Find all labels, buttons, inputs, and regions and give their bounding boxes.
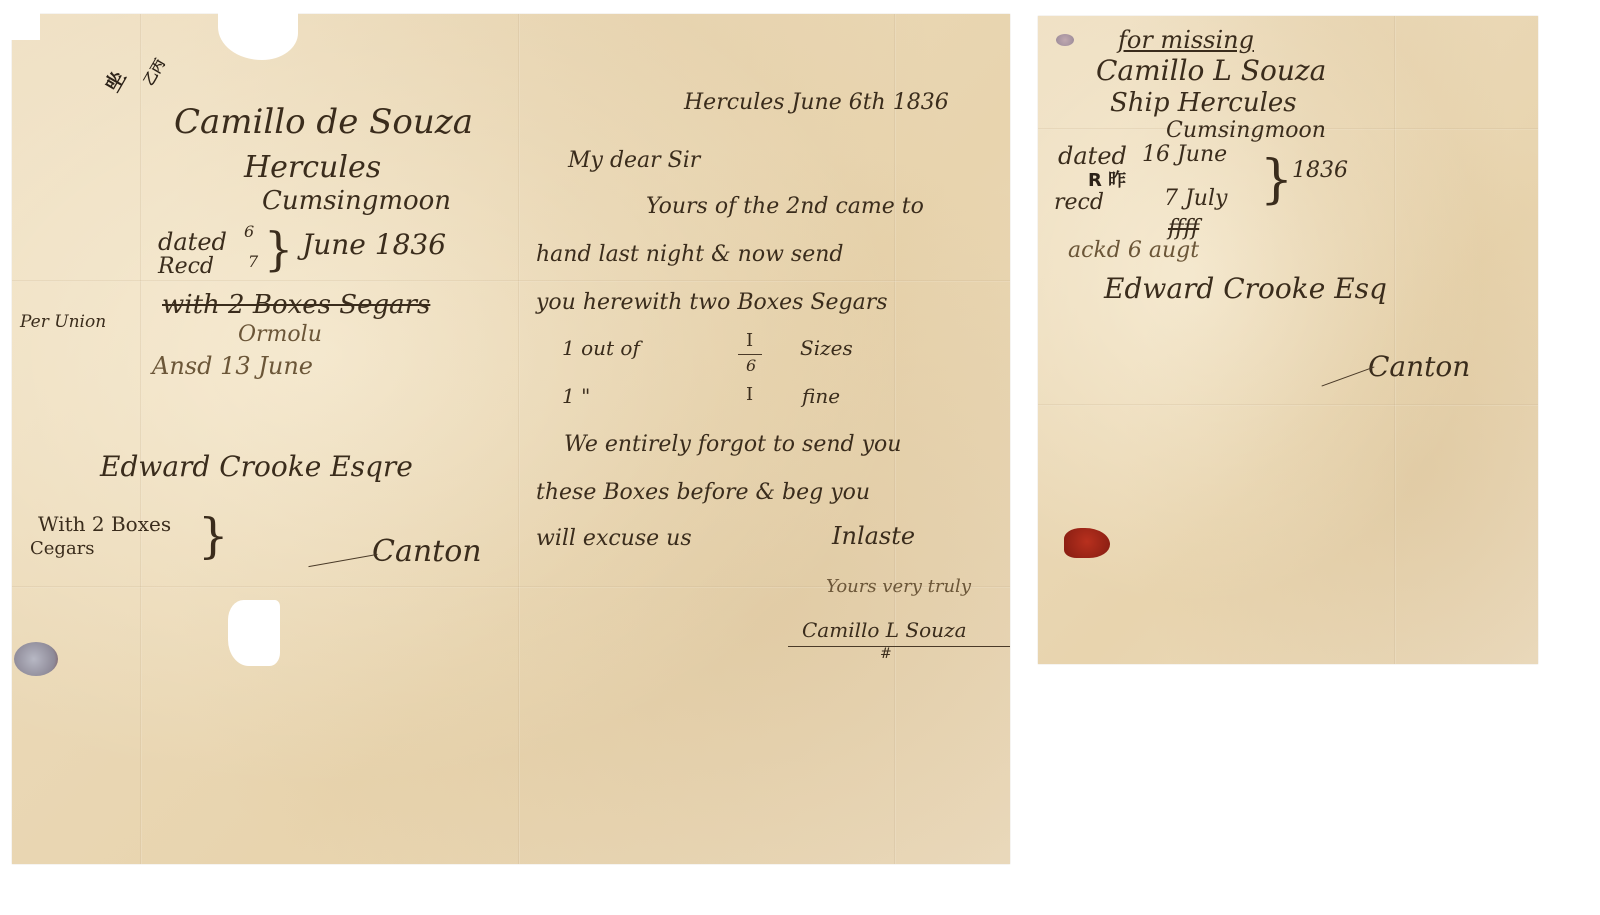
fold-line bbox=[1394, 16, 1396, 664]
annotation: Ormolu bbox=[238, 322, 322, 347]
ship-name: Ship Hercules bbox=[1110, 88, 1297, 118]
letter-line: you herewith two Boxes Segars bbox=[536, 290, 888, 315]
dated-day: 6 bbox=[244, 222, 254, 241]
month-year: June 1836 bbox=[302, 228, 446, 261]
addressee: Edward Crooke Esq bbox=[1104, 272, 1387, 305]
location: Cumsingmoon bbox=[262, 186, 451, 216]
margin-note: Cegars bbox=[30, 538, 95, 559]
recd-label: Recd bbox=[158, 254, 214, 279]
torn-hole bbox=[218, 0, 298, 60]
letter-signature: Camillo L Souza bbox=[802, 618, 967, 642]
fold-line bbox=[140, 14, 142, 864]
recd-label: recd bbox=[1054, 190, 1104, 215]
sender-name: Camillo L Souza bbox=[1096, 54, 1326, 87]
signature-mark: # bbox=[880, 646, 892, 662]
wax-seal-residue bbox=[1056, 34, 1074, 46]
item-size: Sizes bbox=[800, 336, 853, 360]
fold-line bbox=[518, 14, 520, 864]
item-numeral: I bbox=[746, 384, 753, 405]
torn-hole bbox=[228, 600, 280, 666]
sender-name: Camillo de Souza bbox=[174, 102, 473, 142]
per-ship-note: Per Union bbox=[20, 312, 106, 332]
destination: Canton bbox=[372, 534, 482, 569]
chinese-stamp-mark: R 昨 bbox=[1088, 166, 1126, 192]
letter-salutation: My dear Sir bbox=[568, 148, 700, 173]
header-note: for missing bbox=[1118, 26, 1254, 54]
margin-note: With 2 Boxes bbox=[38, 512, 171, 536]
dated-label: dated bbox=[158, 228, 227, 256]
letter-line: 1 " bbox=[562, 384, 590, 408]
fraction-bottom: 6 bbox=[746, 356, 756, 375]
flourish-line bbox=[308, 554, 377, 567]
postscript-flourish: Inlaste bbox=[832, 522, 915, 550]
letter-place-date: Hercules June 6th 1836 bbox=[684, 90, 949, 115]
acknowledged-note: ackd 6 augt bbox=[1068, 238, 1199, 263]
flourish-line bbox=[1322, 366, 1375, 386]
letter-line: Yours of the 2nd came to bbox=[646, 194, 924, 219]
fold-line bbox=[12, 280, 1010, 282]
letter-line: these Boxes before & beg you bbox=[536, 480, 870, 505]
addressee: Edward Crooke Esqre bbox=[100, 450, 413, 483]
wax-seal-residue bbox=[14, 642, 58, 676]
letter-line: will excuse us bbox=[536, 526, 692, 551]
brace: } bbox=[1260, 150, 1293, 210]
brace: } bbox=[264, 222, 293, 276]
signature-rule bbox=[788, 646, 1010, 647]
letter-line: We entirely forgot to send you bbox=[564, 432, 901, 457]
letter-sheet-left: 㘴 乙丙 Camillo de Souza Hercules Cumsingmo… bbox=[12, 14, 1010, 864]
letter-line: hand last night & now send bbox=[536, 242, 843, 267]
item-size: fine bbox=[802, 384, 840, 408]
fold-line bbox=[1038, 404, 1538, 406]
torn-corner bbox=[0, 0, 40, 40]
chinese-mark: 㘴 bbox=[96, 65, 131, 97]
answered-note: Ansd 13 June bbox=[152, 352, 313, 380]
year: 1836 bbox=[1292, 158, 1348, 183]
location: Cumsingmoon bbox=[1166, 118, 1326, 143]
ship-name: Hercules bbox=[244, 150, 381, 185]
recd-day: 7 July bbox=[1164, 186, 1227, 211]
fraction-bar bbox=[738, 354, 762, 355]
enclosure-note: with 2 Boxes Segars bbox=[162, 290, 430, 320]
letter-closing: Yours very truly bbox=[826, 576, 971, 597]
letter-sheet-right: for missing Camillo L Souza Ship Hercule… bbox=[1038, 16, 1538, 664]
destination: Canton bbox=[1368, 350, 1470, 383]
recd-day: 7 bbox=[248, 252, 258, 271]
dated-day: 16 June bbox=[1142, 142, 1227, 167]
letter-line: 1 out of bbox=[562, 336, 640, 360]
fraction-top: I bbox=[746, 330, 753, 351]
brace: } bbox=[198, 508, 229, 564]
chinese-mark: 乙丙 bbox=[138, 55, 169, 89]
red-wax-seal bbox=[1064, 528, 1110, 558]
